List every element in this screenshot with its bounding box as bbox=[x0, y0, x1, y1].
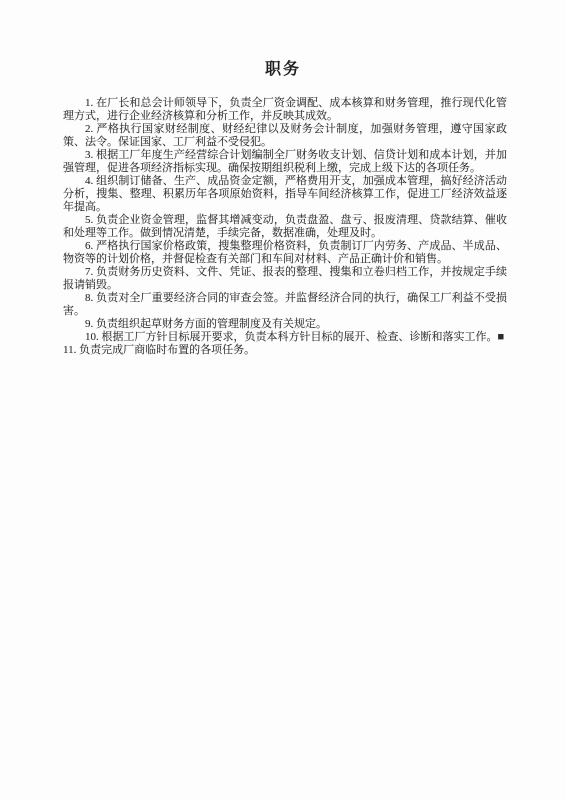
duty-item: 10. 根据工厂方针目标展开要求，负责本科方针目标的展开、检查、诊断和落实工作。… bbox=[63, 331, 507, 344]
duty-item: 6. 严格执行国家价格政策，搜集整理价格资料，负责制订厂内劳务、产成品、半成品、… bbox=[63, 240, 507, 266]
duty-item: 2. 严格执行国家财经制度、财经纪律以及财务会计制度，加强财务管理，遵守国家政策… bbox=[63, 123, 507, 149]
document-body: 1. 在厂长和总会计师领导下，负责全厂资金调配、成本核算和财务管理，推行现代化管… bbox=[63, 97, 507, 357]
document-title: 职务 bbox=[0, 0, 566, 79]
duty-item: 1. 在厂长和总会计师领导下，负责全厂资金调配、成本核算和财务管理，推行现代化管… bbox=[63, 97, 507, 123]
duty-item: 11. 负责完成厂商临时布置的各项任务。 bbox=[63, 344, 507, 357]
duty-item: 3. 根据工厂年度生产经营综合计划编制全厂财务收支计划、信贷计划和成本计划，并加… bbox=[63, 149, 507, 175]
document-page: 职务 1. 在厂长和总会计师领导下，负责全厂资金调配、成本核算和财务管理，推行现… bbox=[0, 0, 566, 800]
duty-item: 4. 组织制订储备、生产、成品资金定额，严格费用开支，加强成本管理，搞好经济活动… bbox=[63, 175, 507, 214]
duty-item: 8. 负责对全厂重要经济合同的审查会签。并监督经济合同的执行，确保工厂利益不受损… bbox=[63, 292, 507, 318]
duty-item: 7. 负责财务历史资料、文件、凭证、报表的整理、搜集和立卷归档工作，并按规定手续… bbox=[63, 266, 507, 292]
duty-item: 9. 负责组织起草财务方面的管理制度及有关规定。 bbox=[63, 318, 507, 331]
duty-item: 5. 负责企业资金管理，监督其增减变动，负责盘盈、盘亏、报废清理、贷款结算、催收… bbox=[63, 214, 507, 240]
